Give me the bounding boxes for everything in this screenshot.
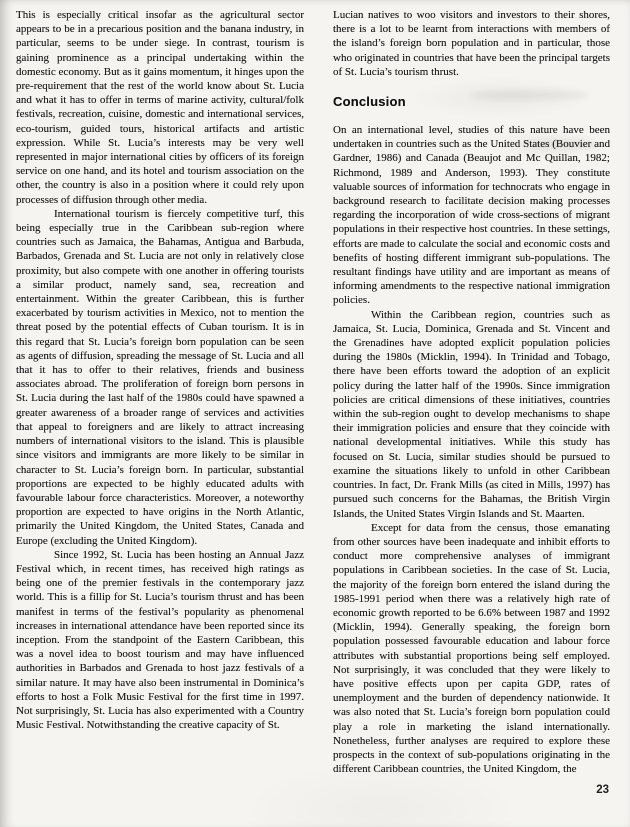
right-paragraph-census-data: Except for data from the census, those e… <box>333 521 610 777</box>
right-paragraph-caribbean-policies: Within the Caribbean region, countries s… <box>333 308 610 521</box>
left-paragraph-agriculture-tourism: This is especially critical insofar as t… <box>16 8 304 207</box>
page-number: 23 <box>596 784 609 796</box>
left-paragraph-jazz-festival: Since 1992, St. Lucia has been hosting a… <box>16 548 304 733</box>
two-column-text-block: This is especially critical insofar as t… <box>16 8 610 776</box>
left-paragraph-international-tourism: International tourism is fiercely compet… <box>16 207 304 548</box>
conclusion-heading: Conclusion <box>333 94 610 109</box>
left-column: This is especially critical insofar as t… <box>16 8 304 776</box>
right-paragraph-international-studies: On an international level, studies of th… <box>333 123 610 308</box>
right-column: Lucian natives to woo visitors and inves… <box>333 8 610 776</box>
scanned-paper-page: This is especially critical insofar as t… <box>0 0 630 827</box>
right-paragraph-continuation: Lucian natives to woo visitors and inves… <box>333 8 610 79</box>
